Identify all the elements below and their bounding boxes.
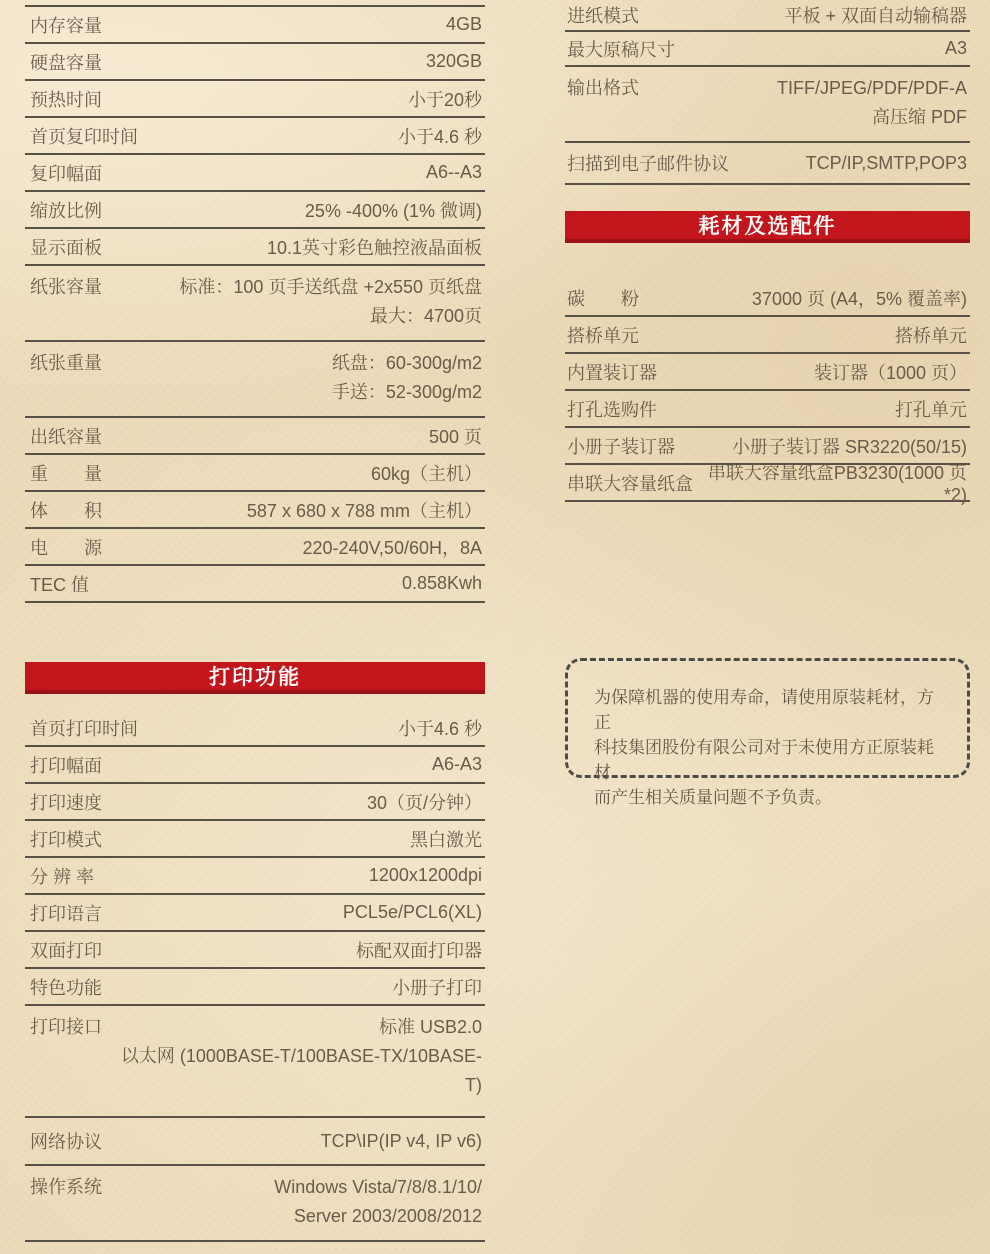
spec-value: 标配双面打印器 [114, 937, 482, 963]
spec-label: 纸张重量 [30, 349, 102, 378]
spec-value: A6--A3 [114, 162, 482, 183]
spec-row: 首页复印时间小于4.6 秒 [25, 118, 485, 155]
spec-label: 显示面板 [30, 234, 102, 260]
spec-value: 37000 页 (A4，5% 覆盖率) [651, 285, 967, 311]
spec-value: A3 [687, 38, 967, 59]
spec-value: PCL5e/PCL6(XL) [114, 902, 482, 923]
spec-label: 进纸模式 [567, 2, 639, 28]
spec-row: 复印幅面A6--A3 [25, 155, 485, 192]
spec-row: 碳 粉37000 页 (A4，5% 覆盖率) [565, 280, 970, 317]
spec-row: 打印语言PCL5e/PCL6(XL) [25, 895, 485, 932]
spec-label: 特色功能 [30, 974, 102, 1000]
spec-label: 网络协议 [30, 1128, 102, 1154]
section-header-consumables: 耗材及选配件 [565, 211, 970, 243]
notice-text-line: 科技集团股份有限公司对于未使用方正原装耗材 [594, 735, 945, 785]
spec-row: 特色功能小册子打印 [25, 969, 485, 1006]
spec-row: 打印模式黑白激光 [25, 821, 485, 858]
spec-value: 1200x1200dpi [106, 865, 482, 886]
print-spec-table: 首页打印时间小于4.6 秒 打印幅面A6-A3 打印速度30（页/分钟） 打印模… [25, 710, 485, 1242]
spec-row: 打印幅面A6-A3 [25, 747, 485, 784]
spec-row: 网络协议TCP\IP(IP v4, IP v6) [25, 1118, 485, 1166]
spec-value: 小册子打印 [114, 974, 482, 1000]
spec-row: 扫描到电子邮件协议TCP/IP,SMTP,POP3 [565, 143, 970, 185]
spec-label: 碳 粉 [567, 285, 639, 311]
spec-row: 出纸容量500 页 [25, 418, 485, 455]
spec-value-line: Server 2003/2008/2012 [294, 1202, 482, 1231]
spec-label: 输出格式 [567, 74, 639, 103]
spec-label: 小册子装订器 [567, 433, 675, 459]
spec-value: 500 页 [114, 423, 482, 449]
spec-value-line: 以太网 (1000BASE-T/100BASE-TX/10BASE-T) [114, 1042, 482, 1100]
spec-value-line: 高压缩 PDF [872, 103, 967, 132]
general-spec-table: 内存容量4GB 硬盘容量320GB 预热时间小于20秒 首页复印时间小于4.6 … [25, 5, 485, 603]
spec-value: 串联大容量纸盒PB3230(1000 页*2) [705, 459, 967, 506]
spec-row: 缩放比例25% -400% (1% 微调) [25, 192, 485, 229]
spec-row: 搭桥单元搭桥单元 [565, 317, 970, 354]
spec-value: 0.858Kwh [101, 573, 482, 594]
spec-row: 打印速度30（页/分钟） [25, 784, 485, 821]
spec-label: 硬盘容量 [30, 49, 102, 75]
spec-value: 平板 + 双面自动输稿器 [651, 2, 967, 28]
notice-box: 为保障机器的使用寿命，请使用原装耗材，方正 科技集团股份有限公司对于未使用方正原… [565, 658, 970, 778]
spec-value: 标准 USB2.0以太网 (1000BASE-T/100BASE-TX/10BA… [114, 1013, 482, 1100]
spec-row: 预热时间小于20秒 [25, 81, 485, 118]
spec-row: 双面打印标配双面打印器 [25, 932, 485, 969]
spec-row: 硬盘容量320GB [25, 44, 485, 81]
spec-value: 黑白激光 [114, 826, 482, 852]
spec-value: TCP\IP(IP v4, IP v6) [114, 1131, 482, 1152]
consumables-spec-table: 碳 粉37000 页 (A4，5% 覆盖率) 搭桥单元搭桥单元 内置装订器装订器… [565, 280, 970, 502]
spec-label: 分 辨 率 [30, 863, 94, 889]
spec-value-line: TIFF/JPEG/PDF/PDF-A [777, 74, 967, 103]
spec-row: 纸张容量标准：100 页手送纸盘 +2x550 页纸盘最大：4700页 [25, 266, 485, 342]
spec-row: 进纸模式平板 + 双面自动输稿器 [565, 0, 970, 32]
spec-row: 打印接口标准 USB2.0以太网 (1000BASE-T/100BASE-TX/… [25, 1006, 485, 1118]
spec-value: 10.1英寸彩色触控液晶面板 [114, 234, 482, 260]
spec-row: 电 源220-240V,50/60H，8A [25, 529, 485, 566]
spec-label: 内存容量 [30, 12, 102, 38]
spec-row: 首页打印时间小于4.6 秒 [25, 710, 485, 747]
spec-value: 4GB [114, 14, 482, 35]
spec-row: 分 辨 率1200x1200dpi [25, 858, 485, 895]
spec-value-line: 标准 USB2.0 [379, 1013, 482, 1042]
spec-label: 扫描到电子邮件协议 [567, 150, 729, 176]
spec-value-line: 纸盘：60-300g/m2 [332, 349, 482, 378]
spec-row: 显示面板10.1英寸彩色触控液晶面板 [25, 229, 485, 266]
spec-value: 587 x 680 x 788 mm（主机） [114, 497, 482, 523]
spec-label: 搭桥单元 [567, 322, 639, 348]
left-column: 内存容量4GB 硬盘容量320GB 预热时间小于20秒 首页复印时间小于4.6 … [25, 0, 485, 1242]
spec-value-line: Windows Vista/7/8/8.1/10/ [274, 1173, 482, 1202]
spec-label: 首页复印时间 [30, 123, 138, 149]
spec-label: TEC 值 [30, 571, 89, 597]
spec-value: 30（页/分钟） [114, 789, 482, 815]
spec-value-line: 手送：52-300g/m2 [332, 378, 482, 407]
spec-value: 小于4.6 秒 [150, 123, 482, 149]
spec-value: 纸盘：60-300g/m2手送：52-300g/m2 [114, 349, 482, 407]
spec-value: TCP/IP,SMTP,POP3 [741, 153, 967, 174]
spec-row: 打孔选购件打孔单元 [565, 391, 970, 428]
spec-sheet-page: 内存容量4GB 硬盘容量320GB 预热时间小于20秒 首页复印时间小于4.6 … [0, 0, 990, 1254]
spec-value: 小于20秒 [114, 86, 482, 112]
spec-value: 搭桥单元 [651, 322, 967, 348]
spec-value: 小于4.6 秒 [150, 715, 482, 741]
spec-label: 串联大容量纸盒 [567, 470, 693, 496]
spec-row: 内存容量4GB [25, 7, 485, 44]
spec-label: 打印接口 [30, 1013, 102, 1042]
spec-value: TIFF/JPEG/PDF/PDF-A高压缩 PDF [651, 74, 967, 132]
section-header-print: 打印功能 [25, 662, 485, 694]
scan-spec-table: 进纸模式平板 + 双面自动输稿器 最大原稿尺寸A3 输出格式TIFF/JPEG/… [565, 0, 970, 185]
spec-value: 小册子装订器 SR3220(50/15) [687, 433, 967, 459]
spec-value: 25% -400% (1% 微调) [114, 197, 482, 223]
spec-row: 操作系统Windows Vista/7/8/8.1/10/Server 2003… [25, 1166, 485, 1242]
spec-value: 打孔单元 [669, 396, 967, 422]
spec-row: 纸张重量纸盘：60-300g/m2手送：52-300g/m2 [25, 342, 485, 418]
spec-label: 最大原稿尺寸 [567, 36, 675, 62]
spec-value: Windows Vista/7/8/8.1/10/Server 2003/200… [114, 1173, 482, 1231]
spec-label: 打印语言 [30, 900, 102, 926]
notice-text-line: 为保障机器的使用寿命，请使用原装耗材，方正 [594, 685, 945, 735]
spec-label: 缩放比例 [30, 197, 102, 223]
spec-label: 内置装订器 [567, 359, 657, 385]
right-column: 进纸模式平板 + 双面自动输稿器 最大原稿尺寸A3 输出格式TIFF/JPEG/… [565, 0, 970, 778]
spec-label: 双面打印 [30, 937, 102, 963]
spec-row: 最大原稿尺寸A3 [565, 32, 970, 67]
spec-label: 复印幅面 [30, 160, 102, 186]
spec-value: 装订器（1000 页） [669, 359, 967, 385]
spec-row: 体 积587 x 680 x 788 mm（主机） [25, 492, 485, 529]
spec-value: 标准：100 页手送纸盘 +2x550 页纸盘最大：4700页 [114, 273, 482, 331]
notice-text-line: 而产生相关质量问题不予负责。 [594, 785, 945, 810]
spec-label: 打印幅面 [30, 752, 102, 778]
spec-label: 重 量 [30, 460, 102, 486]
spec-value-line: 最大：4700页 [370, 302, 482, 331]
spec-label: 出纸容量 [30, 423, 102, 449]
spec-row: 串联大容量纸盒串联大容量纸盒PB3230(1000 页*2) [565, 465, 970, 502]
spec-value-line: 标准：100 页手送纸盘 +2x550 页纸盘 [179, 273, 482, 302]
spec-value: A6-A3 [114, 754, 482, 775]
spec-row: 重 量60kg（主机） [25, 455, 485, 492]
spec-row: 内置装订器装订器（1000 页） [565, 354, 970, 391]
spec-label: 打印模式 [30, 826, 102, 852]
spec-label: 操作系统 [30, 1173, 102, 1202]
spec-value: 60kg（主机） [114, 460, 482, 486]
spec-row: TEC 值0.858Kwh [25, 566, 485, 603]
spec-label: 纸张容量 [30, 273, 102, 302]
spec-label: 电 源 [30, 534, 102, 560]
spec-label: 预热时间 [30, 86, 102, 112]
spec-row: 输出格式TIFF/JPEG/PDF/PDF-A高压缩 PDF [565, 67, 970, 143]
spec-label: 首页打印时间 [30, 715, 138, 741]
spec-label: 打孔选购件 [567, 396, 657, 422]
spec-label: 体 积 [30, 497, 102, 523]
spec-value: 320GB [114, 51, 482, 72]
spec-label: 打印速度 [30, 789, 102, 815]
spec-value: 220-240V,50/60H，8A [114, 534, 482, 560]
